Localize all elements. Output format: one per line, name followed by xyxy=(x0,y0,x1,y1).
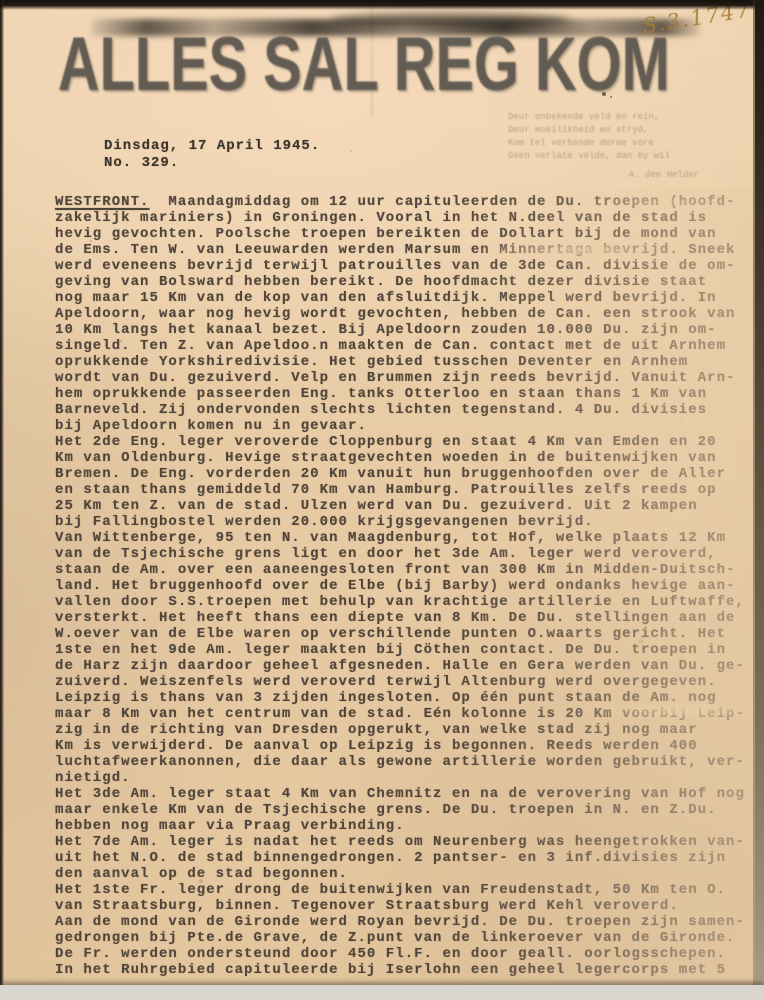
body-line: W.oever van de Elbe waren op verschillen… xyxy=(55,626,745,642)
body-line: zuiverd. Weiszenfels werd veroverd terwi… xyxy=(55,674,745,690)
body-line: 1ste en het 9de Am. leger maakten bij Cö… xyxy=(55,642,745,658)
scan-edge-bottom xyxy=(0,985,764,1000)
body-line: hem oprukkende passeerden Eng. tanks Ott… xyxy=(55,386,745,402)
body-line: In het Ruhrgebied capituleerde bij Iserl… xyxy=(55,962,745,978)
masthead-title: ALLES SAL REG KOM xyxy=(58,27,670,103)
body-line: staan de Am. over een aaneengesloten fro… xyxy=(55,562,745,578)
body-line: Het 1ste Fr. leger drong de buitenwijken… xyxy=(55,882,745,898)
westfront-heading: WESTFRONT. xyxy=(55,194,150,210)
body-line: bij Fallingbostel werden 20.000 krijgsge… xyxy=(55,514,745,530)
body-line: geving van Bolsward hebben bereikt. De h… xyxy=(55,274,745,290)
body-line: Apeldoorn, waar nog hevig wordt gevochte… xyxy=(55,306,745,322)
body-line: maar enkele Km van de Tsjechische grens.… xyxy=(55,802,745,818)
body-line: Bremen. De Eng. vorderden 20 Km vanuit h… xyxy=(55,466,745,482)
faded-verse-lines: Deur onbekende veld en rein,Deur moeilik… xyxy=(508,111,713,163)
scan-edge-right xyxy=(755,0,764,1000)
body-line: van de Tsjechische grens ligt en door he… xyxy=(55,546,745,562)
body-line: land. Het bruggenhoofd over de Elbe (bij… xyxy=(55,578,745,594)
faded-verse-line: Kom tel verbande derme vore xyxy=(508,137,713,150)
body-text: WESTFRONT. Maandagmiddag om 12 uur capit… xyxy=(55,194,745,978)
faded-verse-line: Deur moeilikheid en stryd, xyxy=(508,124,713,137)
body-line: luchtafweerkanonnen, die daar als gewone… xyxy=(55,754,745,770)
faded-verse: Deur onbekende veld en rein,Deur moeilik… xyxy=(508,111,713,182)
body-line: van Straatsburg, binnen. Tegenover Straa… xyxy=(55,898,745,914)
date-line: Dinsdag, 17 April 1945. xyxy=(104,138,320,155)
body-line-first: WESTFRONT. Maandagmiddag om 12 uur capit… xyxy=(55,194,745,210)
scan-edge-top xyxy=(0,0,764,10)
scan-edge-left xyxy=(0,0,4,986)
body-line: Aan de mond van de Gironde werd Royan be… xyxy=(55,914,745,930)
body-line: gedrongen bij Pte.de Grave, de Z.punt va… xyxy=(55,930,745,946)
faded-verse-line: Geen verlate velde, dan by wil xyxy=(508,150,713,163)
body-line: de Ems. Ten W. van Leeuwarden werden Mar… xyxy=(55,242,745,258)
body-line: hebben nog maar via Praag verbinding. xyxy=(55,818,745,834)
body-line: de Harz zijn daardoor geheel afgesneden.… xyxy=(55,658,745,674)
body-line: zakelijk mariniers) in Groningen. Vooral… xyxy=(55,210,745,226)
body-line: Km van Oldenburg. Hevige straatgevechten… xyxy=(55,450,745,466)
body-line: Barneveld. Zij ondervonden slechts licht… xyxy=(55,402,745,418)
date-block: Dinsdag, 17 April 1945. No. 329. xyxy=(104,138,320,172)
body-line: Leipzig is thans van 3 zijden ingesloten… xyxy=(55,690,745,706)
body-line: Het 7de Am. leger is nadat het reeds om … xyxy=(55,834,745,850)
scanned-bulletin-page: ALLES SAL REG KOM S.3.1747 Deur onbekend… xyxy=(0,0,764,1000)
body-line: vallen door S.S.troepen met behulp van k… xyxy=(55,594,745,610)
body-line: zig in de richting van Dresden opgerukt,… xyxy=(55,722,745,738)
body-line: De Fr. werden ondersteund door 450 Fl.F.… xyxy=(55,946,745,962)
body-line: werd eveneens bevrijd terwijl patrouille… xyxy=(55,258,745,274)
body-line: singeld. Ten Z. van Apeldoo.n maakten de… xyxy=(55,338,745,354)
body-line: nietigd. xyxy=(55,770,745,786)
faded-verse-signature: A. den Helder xyxy=(508,169,713,182)
body-line: oprukkende Yorkshiredivisie. Het gebied … xyxy=(55,354,745,370)
faded-verse-line: Deur onbekende veld en rein, xyxy=(508,111,713,124)
body-line: nog maar 15 Km van de kop van den afslui… xyxy=(55,290,745,306)
ink-dot-mark xyxy=(602,92,606,96)
body-line: bij Apeldoorn komen nu in gevaar. xyxy=(55,418,745,434)
body-line: wordt van Du. gezuiverd. Velp en Brummen… xyxy=(55,370,745,386)
body-line: Het 3de Am. leger staat 4 Km van Chemnit… xyxy=(55,786,745,802)
body-line: 25 Km ten Z. van de stad. Ulzen werd van… xyxy=(55,498,745,514)
body-line: uit het N.O. de stad binnengedrongen. 2 … xyxy=(55,850,745,866)
body-line: en staan thans gemiddeld 70 Km van Hambu… xyxy=(55,482,745,498)
body-line: versterkt. Het heeft thans een diepte va… xyxy=(55,610,745,626)
body-line: maar 8 Km van het centrum van de stad. E… xyxy=(55,706,745,722)
body-line: den aanval op de stad begonnen. xyxy=(55,866,745,882)
body-line: Km is verwijderd. De aanval op Leipzig i… xyxy=(55,738,745,754)
body-line: Het 2de Eng. leger veroverde Cloppenburg… xyxy=(55,434,745,450)
body-line: hevig gevochten. Poolsche troepen bereik… xyxy=(55,226,745,242)
issue-number-line: No. 329. xyxy=(104,155,320,172)
body-line: Van Wittenberge, 95 ten N. van Maagdenbu… xyxy=(55,530,745,546)
body-line: 10 Km langs het kanaal bezet. Bij Apeldo… xyxy=(55,322,745,338)
